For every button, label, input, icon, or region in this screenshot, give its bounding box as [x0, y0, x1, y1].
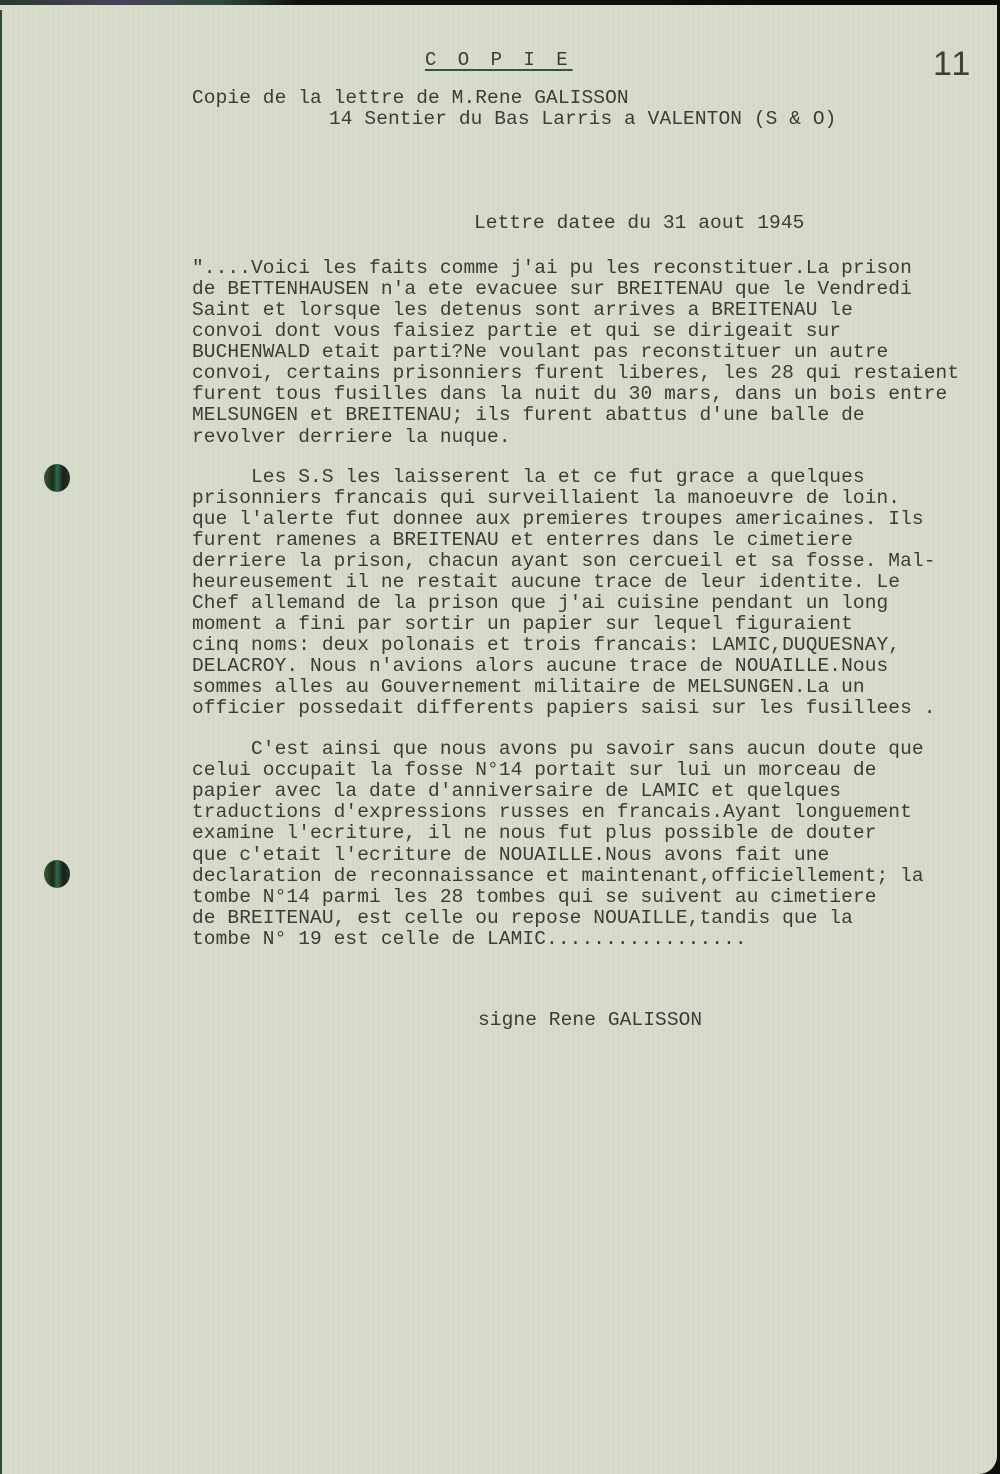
text-line: cinq noms: deux polonais et trois franca… — [192, 635, 900, 656]
signature: signe Rene GALISSON — [478, 1010, 702, 1031]
text-line: celui occupait la fosse N°14 portait sur… — [192, 760, 877, 781]
date-line: Lettre datee du 31 aout 1945 — [474, 213, 804, 234]
text-line: C'est ainsi que nous avons pu savoir san… — [192, 739, 924, 760]
punch-hole-icon — [44, 860, 70, 888]
text-line: Les S.S les laisserent la et ce fut grac… — [192, 467, 865, 488]
text-line: de BREITENAU, est celle ou repose NOUAIL… — [192, 908, 853, 929]
text-line: que c'etait l'ecriture de NOUAILLE.Nous … — [192, 845, 829, 866]
text-line: heureusement il ne restait aucune trace … — [192, 572, 900, 593]
page-number: 11 — [933, 45, 972, 84]
text-line: BUCHENWALD etait parti?Ne voulant pas re… — [192, 342, 888, 363]
header-line-1: Copie de la lettre de M.Rene GALISSON — [192, 88, 629, 109]
text-line: examine l'ecriture, il ne nous fut plus … — [192, 823, 877, 844]
text-line: derriere la prison, chacun ayant son cer… — [192, 551, 936, 572]
text-line: que l'alerte fut donnee aux premieres tr… — [192, 509, 924, 530]
text-line: traductions d'expressions russes en fran… — [192, 802, 912, 823]
text-line: tombe N° 19 est celle de LAMIC..........… — [192, 929, 747, 950]
document-heading: C O P I E — [425, 49, 573, 71]
text-line: furent ramenes a BREITENAU et enterres d… — [192, 530, 853, 551]
text-line: convoi dont vous faisiez partie et qui s… — [192, 321, 841, 342]
text-line: revolver derriere la nuque. — [192, 427, 511, 448]
text-line: furent tous fusilles dans la nuit du 30 … — [192, 384, 947, 405]
scan-left-edge — [0, 10, 2, 1474]
text-line: sommes alles au Gouvernement militaire d… — [192, 677, 865, 698]
text-line: de BETTENHAUSEN n'a ete evacuee sur BREI… — [192, 279, 912, 300]
text-line: "....Voici les faits comme j'ai pu les r… — [192, 258, 912, 279]
text-line: convoi, certains prisonniers furent libe… — [192, 363, 959, 384]
document-page: C O P I E 11 Copie de la lettre de M.Ren… — [0, 5, 997, 1474]
text-line: moment a fini par sortir un papier sur l… — [192, 614, 853, 635]
text-line: MELSUNGEN et BREITENAU; ils furent abatt… — [192, 405, 865, 426]
text-line: DELACROY. Nous n'avions alors aucune tra… — [192, 656, 888, 677]
text-line: Saint et lorsque les detenus sont arrive… — [192, 300, 853, 321]
text-line: Chef allemand de la prison que j'ai cuis… — [192, 593, 888, 614]
text-line: papier avec la date d'anniversaire de LA… — [192, 781, 841, 802]
text-line: prisonniers francais qui surveillaient l… — [192, 488, 900, 509]
text-line: tombe N°14 parmi les 28 tombes qui se su… — [192, 887, 877, 908]
text-line: declaration de reconnaissance et mainten… — [192, 866, 924, 887]
text-line: officier possedait differents papiers sa… — [192, 698, 936, 719]
header-line-2: 14 Sentier du Bas Larris a VALENTON (S &… — [329, 109, 836, 130]
punch-hole-icon — [44, 464, 70, 492]
